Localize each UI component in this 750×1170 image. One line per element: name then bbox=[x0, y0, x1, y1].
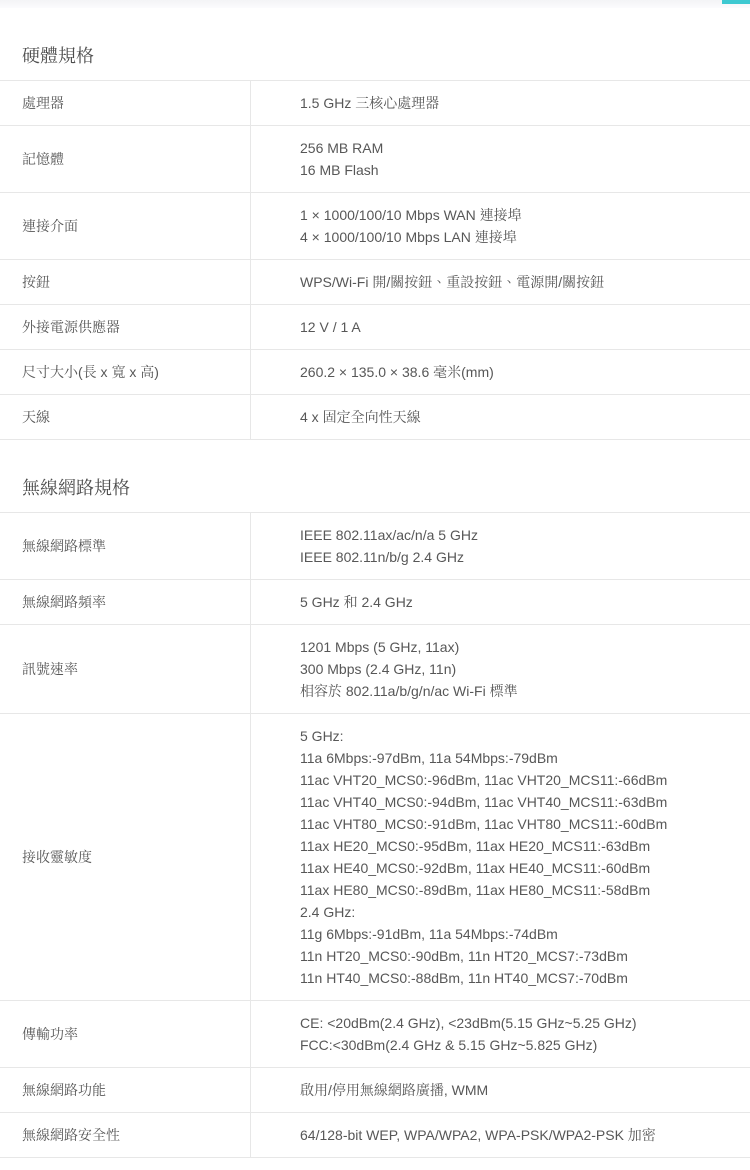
spec-value-line: 300 Mbps (2.4 GHz, 11n) bbox=[300, 658, 738, 680]
spec-value-line: 256 MB RAM bbox=[300, 137, 738, 159]
spec-value-line: 2.4 GHz: bbox=[300, 901, 738, 923]
spec-value-line: 11ax HE80_MCS0:-89dBm, 11ax HE80_MCS11:-… bbox=[300, 879, 738, 901]
spec-value: CE: <20dBm(2.4 GHz), <23dBm(5.15 GHz~5.2… bbox=[251, 1001, 750, 1067]
spec-label: 連接介面 bbox=[0, 193, 251, 259]
spec-value-line: 12 V / 1 A bbox=[300, 316, 738, 338]
spec-label: 尺寸大小(長 x 寬 x 高) bbox=[0, 350, 251, 394]
spec-row: 傳輸功率 CE: <20dBm(2.4 GHz), <23dBm(5.15 GH… bbox=[0, 1001, 750, 1068]
spec-value-line: 11ax HE20_MCS0:-95dBm, 11ax HE20_MCS11:-… bbox=[300, 835, 738, 857]
spec-sections: 硬體規格 處理器 1.5 GHz 三核心處理器 記憶體 256 MB RAM16… bbox=[0, 44, 750, 1158]
section-title: 硬體規格 bbox=[22, 44, 750, 68]
spec-value: 1201 Mbps (5 GHz, 11ax)300 Mbps (2.4 GHz… bbox=[251, 625, 750, 713]
spec-value-line: 11n HT20_MCS0:-90dBm, 11n HT20_MCS7:-73d… bbox=[300, 945, 738, 967]
spec-value-line: 11ac VHT80_MCS0:-91dBm, 11ac VHT80_MCS11… bbox=[300, 813, 738, 835]
spec-value-line: 16 MB Flash bbox=[300, 159, 738, 181]
spec-value-line: 4 × 1000/100/10 Mbps LAN 連接埠 bbox=[300, 226, 738, 248]
spec-row: 處理器 1.5 GHz 三核心處理器 bbox=[0, 81, 750, 126]
spec-table: 無線網路標準 IEEE 802.11ax/ac/n/a 5 GHzIEEE 80… bbox=[0, 512, 750, 1158]
spec-value-line: 相容於 802.11a/b/g/n/ac Wi-Fi 標準 bbox=[300, 680, 738, 702]
spec-value: WPS/Wi-Fi 開/關按鈕、重設按鈕、電源開/關按鈕 bbox=[251, 260, 750, 304]
spec-row: 記憶體 256 MB RAM16 MB Flash bbox=[0, 126, 750, 193]
spec-label: 接收靈敏度 bbox=[0, 714, 251, 1000]
spec-value-line: 260.2 × 135.0 × 38.6 毫米(mm) bbox=[300, 361, 738, 383]
spec-row: 按鈕 WPS/Wi-Fi 開/關按鈕、重設按鈕、電源開/關按鈕 bbox=[0, 260, 750, 305]
spec-row: 外接電源供應器 12 V / 1 A bbox=[0, 305, 750, 350]
spec-row: 無線網路安全性 64/128-bit WEP, WPA/WPA2, WPA-PS… bbox=[0, 1113, 750, 1158]
spec-value: 64/128-bit WEP, WPA/WPA2, WPA-PSK/WPA2-P… bbox=[251, 1113, 750, 1157]
spec-label: 外接電源供應器 bbox=[0, 305, 251, 349]
spec-value: 啟用/停用無線網路廣播, WMM bbox=[251, 1068, 750, 1112]
scroll-progress-indicator bbox=[722, 0, 750, 4]
spec-value-line: 4 x 固定全向性天線 bbox=[300, 406, 738, 428]
spec-value-line: FCC:<30dBm(2.4 GHz & 5.15 GHz~5.825 GHz) bbox=[300, 1034, 738, 1056]
spec-label: 處理器 bbox=[0, 81, 251, 125]
spec-label: 記憶體 bbox=[0, 126, 251, 192]
spec-value-line: 5 GHz: bbox=[300, 725, 738, 747]
spec-row: 尺寸大小(長 x 寬 x 高) 260.2 × 135.0 × 38.6 毫米(… bbox=[0, 350, 750, 395]
spec-row: 無線網路標準 IEEE 802.11ax/ac/n/a 5 GHzIEEE 80… bbox=[0, 513, 750, 580]
page-top-bar bbox=[0, 0, 750, 8]
spec-value-line: CE: <20dBm(2.4 GHz), <23dBm(5.15 GHz~5.2… bbox=[300, 1012, 738, 1034]
spec-row: 連接介面 1 × 1000/100/10 Mbps WAN 連接埠4 × 100… bbox=[0, 193, 750, 260]
spec-row: 接收靈敏度 5 GHz:11a 6Mbps:-97dBm, 11a 54Mbps… bbox=[0, 714, 750, 1001]
spec-value: IEEE 802.11ax/ac/n/a 5 GHzIEEE 802.11n/b… bbox=[251, 513, 750, 579]
spec-value-line: 64/128-bit WEP, WPA/WPA2, WPA-PSK/WPA2-P… bbox=[300, 1124, 738, 1146]
spec-row: 訊號速率 1201 Mbps (5 GHz, 11ax)300 Mbps (2.… bbox=[0, 625, 750, 714]
spec-label: 按鈕 bbox=[0, 260, 251, 304]
spec-value-line: 1.5 GHz 三核心處理器 bbox=[300, 92, 738, 114]
spec-value-line: 11ac VHT40_MCS0:-94dBm, 11ac VHT40_MCS11… bbox=[300, 791, 738, 813]
spec-value: 260.2 × 135.0 × 38.6 毫米(mm) bbox=[251, 350, 750, 394]
spec-value-line: 11n HT40_MCS0:-88dBm, 11n HT40_MCS7:-70d… bbox=[300, 967, 738, 989]
spec-value: 4 x 固定全向性天線 bbox=[251, 395, 750, 439]
spec-value-line: 11a 6Mbps:-97dBm, 11a 54Mbps:-79dBm bbox=[300, 747, 738, 769]
spec-value-line: 11g 6Mbps:-91dBm, 11a 54Mbps:-74dBm bbox=[300, 923, 738, 945]
spec-value: 12 V / 1 A bbox=[251, 305, 750, 349]
spec-value-line: WPS/Wi-Fi 開/關按鈕、重設按鈕、電源開/關按鈕 bbox=[300, 271, 738, 293]
spec-value-line: 11ac VHT20_MCS0:-96dBm, 11ac VHT20_MCS11… bbox=[300, 769, 738, 791]
spec-value: 1 × 1000/100/10 Mbps WAN 連接埠4 × 1000/100… bbox=[251, 193, 750, 259]
spec-label: 無線網路功能 bbox=[0, 1068, 251, 1112]
spec-value-line: 11ax HE40_MCS0:-92dBm, 11ax HE40_MCS11:-… bbox=[300, 857, 738, 879]
section-title: 無線網路規格 bbox=[22, 476, 750, 500]
spec-row: 無線網路功能 啟用/停用無線網路廣播, WMM bbox=[0, 1068, 750, 1113]
spec-label: 無線網路標準 bbox=[0, 513, 251, 579]
spec-label: 無線網路安全性 bbox=[0, 1113, 251, 1157]
spec-row: 無線網路頻率 5 GHz 和 2.4 GHz bbox=[0, 580, 750, 625]
spec-value-line: 1201 Mbps (5 GHz, 11ax) bbox=[300, 636, 738, 658]
spec-label: 訊號速率 bbox=[0, 625, 251, 713]
spec-value: 1.5 GHz 三核心處理器 bbox=[251, 81, 750, 125]
spec-value-line: 啟用/停用無線網路廣播, WMM bbox=[300, 1079, 738, 1101]
spec-value-line: 1 × 1000/100/10 Mbps WAN 連接埠 bbox=[300, 204, 738, 226]
spec-value-line: IEEE 802.11ax/ac/n/a 5 GHz bbox=[300, 524, 738, 546]
spec-section: 無線網路規格 無線網路標準 IEEE 802.11ax/ac/n/a 5 GHz… bbox=[0, 476, 750, 1158]
spec-value-line: 5 GHz 和 2.4 GHz bbox=[300, 591, 738, 613]
spec-label: 無線網路頻率 bbox=[0, 580, 251, 624]
spec-value: 5 GHz 和 2.4 GHz bbox=[251, 580, 750, 624]
spec-table: 處理器 1.5 GHz 三核心處理器 記憶體 256 MB RAM16 MB F… bbox=[0, 80, 750, 440]
spec-label: 傳輸功率 bbox=[0, 1001, 251, 1067]
spec-value: 5 GHz:11a 6Mbps:-97dBm, 11a 54Mbps:-79dB… bbox=[251, 714, 750, 1000]
spec-section: 硬體規格 處理器 1.5 GHz 三核心處理器 記憶體 256 MB RAM16… bbox=[0, 44, 750, 440]
spec-row: 天線 4 x 固定全向性天線 bbox=[0, 395, 750, 440]
spec-label: 天線 bbox=[0, 395, 251, 439]
spec-value: 256 MB RAM16 MB Flash bbox=[251, 126, 750, 192]
spec-value-line: IEEE 802.11n/b/g 2.4 GHz bbox=[300, 546, 738, 568]
